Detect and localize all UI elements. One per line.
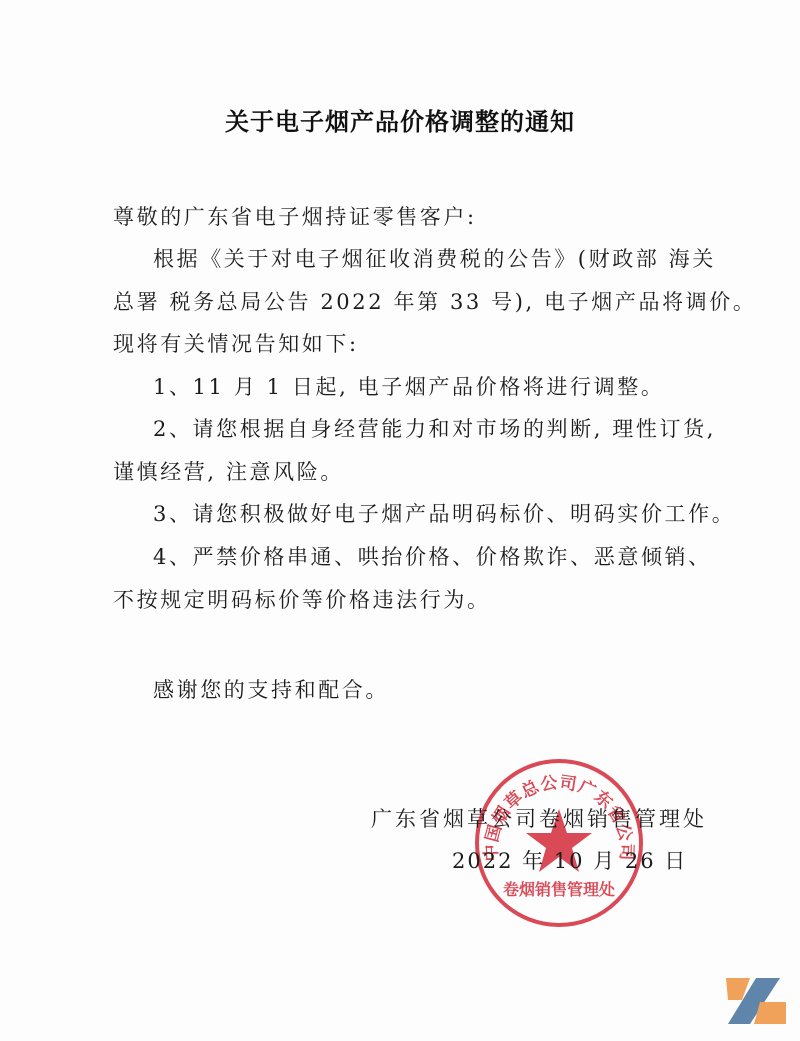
intro-line-2: 总署 税务总局公告 2022 年第 33 号), 电子烟产品将调价。 [113,286,756,316]
document-page: 关于电子烟产品价格调整的通知 尊敬的广东省电子烟持证零售客户: 根据《关于对电子… [0,0,800,1041]
z-logo-icon [722,970,790,1030]
intro-line-1: 根据《关于对电子烟征收消费税的公告》(财政部 海关 [153,243,716,273]
document-title: 关于电子烟产品价格调整的通知 [0,102,800,137]
item-4-line-1: 4、严禁价格串通、哄抬价格、价格欺诈、恶意倾销、 [153,541,712,571]
salutation: 尊敬的广东省电子烟持证零售客户: [113,201,477,231]
intro-line-3: 现将有关情况告知如下: [113,328,359,358]
item-2-line-1: 2、请您根据自身经营能力和对市场的判断, 理性订货, [153,413,716,443]
closing: 感谢您的支持和配合。 [153,674,389,704]
item-1: 1、11 月 1 日起, 电子烟产品价格将进行调整。 [153,371,664,401]
item-3: 3、请您积极做好电子烟产品明码标价、明码实价工作。 [153,498,735,528]
item-4-line-2: 不按规定明码标价等价格违法行为。 [113,584,491,614]
item-2-line-2: 谨慎经营, 注意风险。 [113,456,344,486]
official-seal-icon: 中国烟草总公司广东省公司 卷烟销售管理处 [473,757,645,929]
issue-date: 2022 年 10 月 26 日 [452,845,687,875]
issuer-name: 广东省烟草公司卷烟销售管理处 [371,803,707,833]
svg-text:卷烟销售管理处: 卷烟销售管理处 [503,880,615,899]
